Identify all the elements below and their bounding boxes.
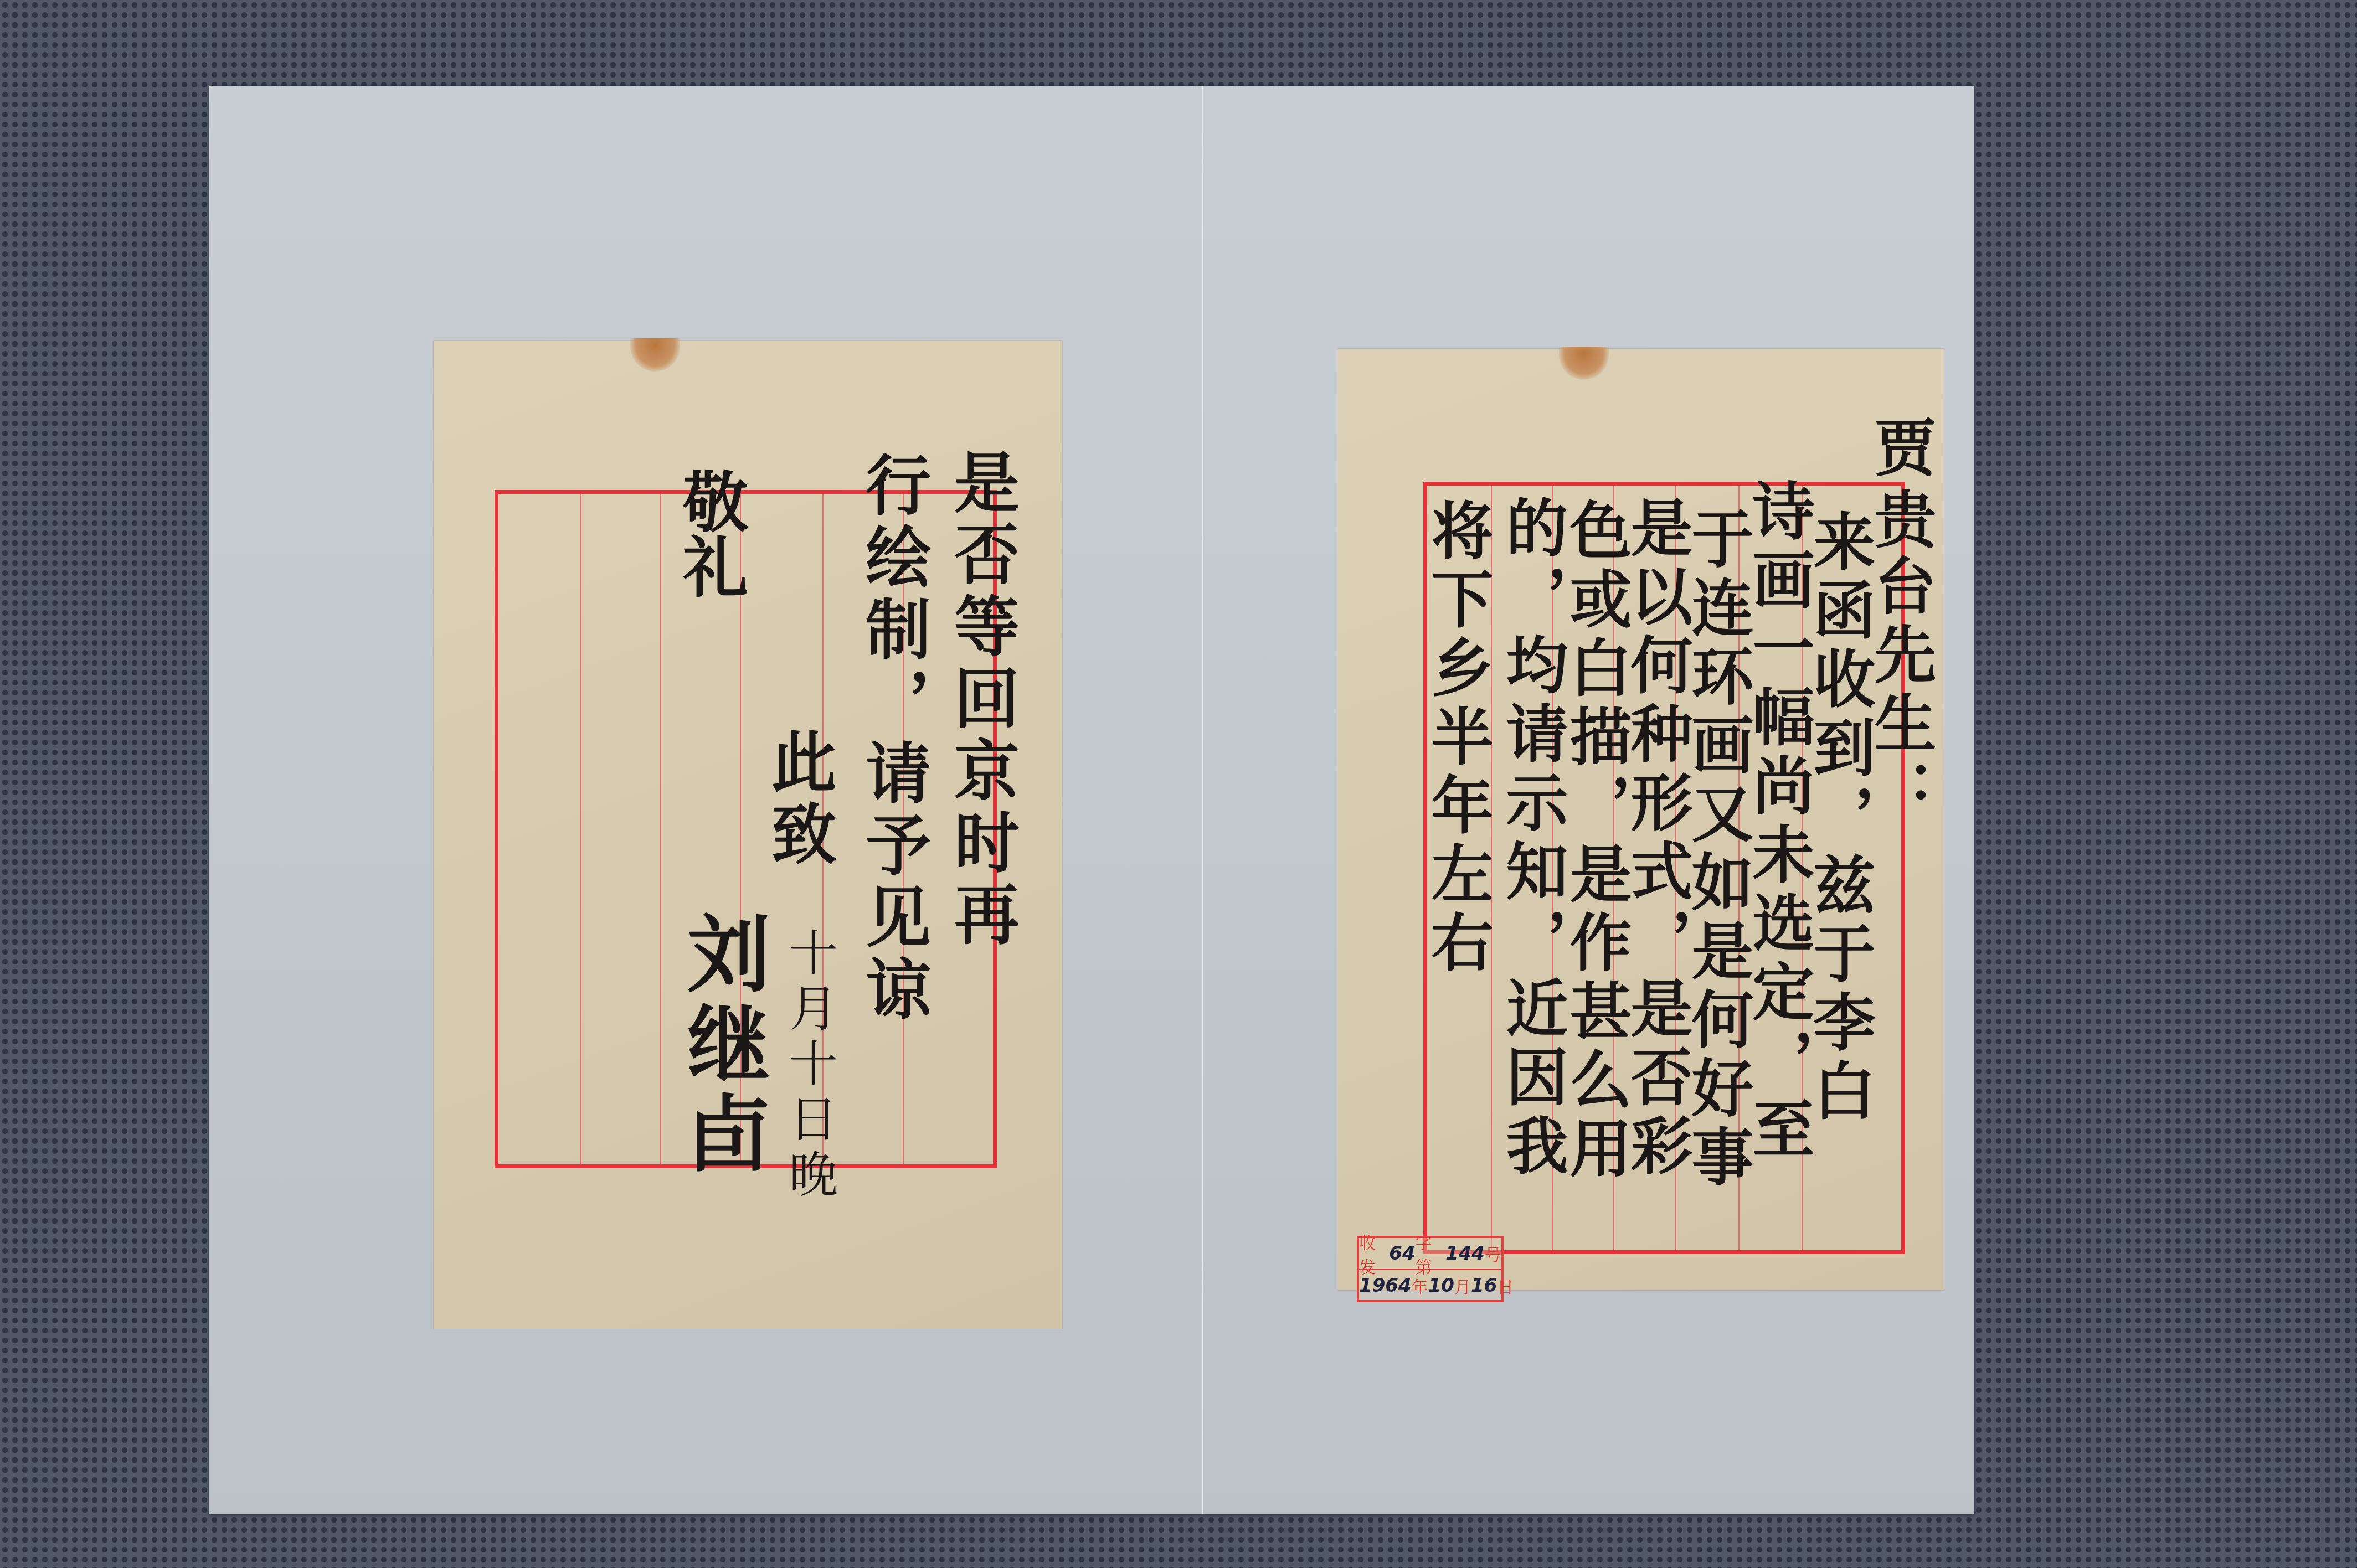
- letter-column: 是否等回京时再: [949, 448, 1014, 952]
- stamp-year: 1964: [1359, 1275, 1412, 1297]
- rust-stain: [630, 338, 680, 372]
- salutation-title: 台先生：: [1869, 554, 1931, 828]
- letter-column: 于连环画又如是何好事: [1686, 507, 1748, 1193]
- letter-column-salutation: 此致: [766, 728, 831, 872]
- stamp-doc-number: 144: [1445, 1242, 1485, 1265]
- receipt-stamp: 收发 64 字第 144 号 1964 年 10 月 16 日: [1357, 1236, 1504, 1302]
- letter-column: 是以何种形式，是否彩: [1625, 496, 1687, 1182]
- letter-date: 十月十日晚: [785, 927, 834, 1204]
- stamp-label: 月: [1454, 1273, 1471, 1298]
- stamp-label: 号: [1485, 1241, 1501, 1266]
- letter-page-1: 贾 贵 台先生： 来函收到，兹于李白 诗画一幅尚未选定，至 于连环画又如是何好事…: [1337, 349, 1944, 1290]
- column-rule: [580, 494, 581, 1164]
- letter-page-2: 是否等回京时再 行绘制，请予见谅 敬礼 此致 刘继卣 十月十日晚: [434, 341, 1062, 1329]
- stamp-label: 年: [1412, 1273, 1428, 1298]
- stamp-month: 10: [1428, 1275, 1454, 1297]
- salutation-name: 贵: [1869, 487, 1931, 556]
- salutation: 贾: [1869, 415, 1931, 484]
- stamp-date-row: 1964 年 10 月 16 日: [1359, 1270, 1501, 1301]
- letter-column: 的，均请示知，近因我: [1501, 496, 1563, 1182]
- rust-stain: [1559, 347, 1609, 380]
- letter-column: 将下乡半年左右: [1426, 498, 1488, 979]
- column-rule: [660, 494, 661, 1164]
- letter-column: 来函收到，兹于李白: [1808, 509, 1870, 1127]
- stamp-number-row: 收发 64 字第 144 号: [1359, 1238, 1501, 1270]
- stamp-year-code: 64: [1389, 1242, 1415, 1265]
- signature: 刘继卣: [680, 911, 763, 1180]
- letter-column: 诗画一幅尚未选定，至: [1747, 479, 1809, 1165]
- letter-column: 色或白描，是作甚么用: [1565, 498, 1627, 1185]
- letter-column: 行绘制，请予见谅: [860, 451, 925, 1027]
- stamp-day: 16: [1471, 1275, 1497, 1297]
- letter-column-closing: 敬礼: [677, 468, 743, 599]
- album-spine-fold: [1202, 86, 1203, 1514]
- stamp-label: 日: [1497, 1273, 1514, 1298]
